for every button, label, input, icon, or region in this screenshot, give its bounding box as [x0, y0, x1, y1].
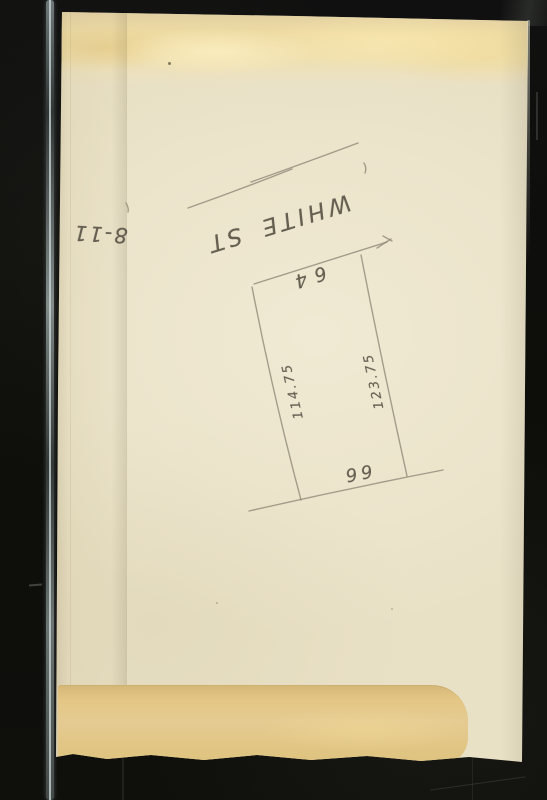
sleeve-edge-reflection-core: [49, 0, 51, 800]
tick-mark: [364, 163, 366, 173]
scratch-mark: [536, 92, 538, 140]
parcel-sketch-drawing: [0, 0, 547, 800]
sleeve-crease-line: [122, 758, 124, 800]
survey-sketch-paper: WHITE ST 8-11 64 66 114.75 123.75: [0, 0, 547, 800]
paper-right-edge-reflection: [527, 20, 530, 260]
page-ref-label: 8-11: [72, 221, 129, 248]
street-line-lower: [188, 169, 292, 208]
tick-mark: [126, 203, 128, 212]
street-line-upper: [251, 143, 358, 182]
scanned-document-photo: WHITE ST 8-11 64 66 114.75 123.75: [0, 0, 547, 800]
front-line-arrow-tick: [377, 239, 391, 248]
sleeve-crease-line: [472, 758, 473, 800]
